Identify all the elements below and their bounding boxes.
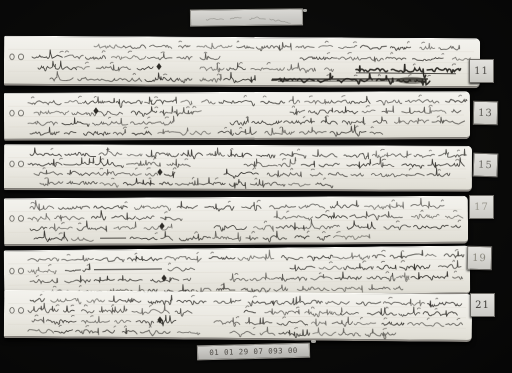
page-number-tag: 13 xyxy=(473,101,498,125)
palm-leaf-strip xyxy=(4,196,468,246)
page-number-tag: 15 xyxy=(473,153,499,178)
page-number-tag: 17 xyxy=(469,195,494,219)
manuscript-scan: 01 01 29 07 093 00 111315171921 xyxy=(0,0,512,373)
page-number: 13 xyxy=(478,107,493,118)
page-number: 15 xyxy=(478,159,493,171)
code-label-text: 01 01 29 07 093 00 xyxy=(209,346,298,357)
code-label: 01 01 29 07 093 00 xyxy=(197,343,310,361)
page-number: 19 xyxy=(472,252,487,263)
palm-leaf-strip xyxy=(4,91,470,141)
dust-speck xyxy=(311,340,316,343)
dust-speck xyxy=(303,9,307,12)
shelf-label xyxy=(190,8,303,26)
palm-leaf-strip xyxy=(4,36,480,88)
page-number-tag: 21 xyxy=(470,293,495,317)
page-number-tag: 19 xyxy=(467,246,492,270)
palm-leaf-strip xyxy=(4,144,472,192)
page-number: 17 xyxy=(474,202,489,213)
faint-handwriting xyxy=(192,10,301,24)
page-number: 21 xyxy=(475,300,490,311)
page-number: 11 xyxy=(474,66,489,77)
palm-leaf-strip xyxy=(4,290,472,342)
page-number-tag: 11 xyxy=(469,59,494,83)
